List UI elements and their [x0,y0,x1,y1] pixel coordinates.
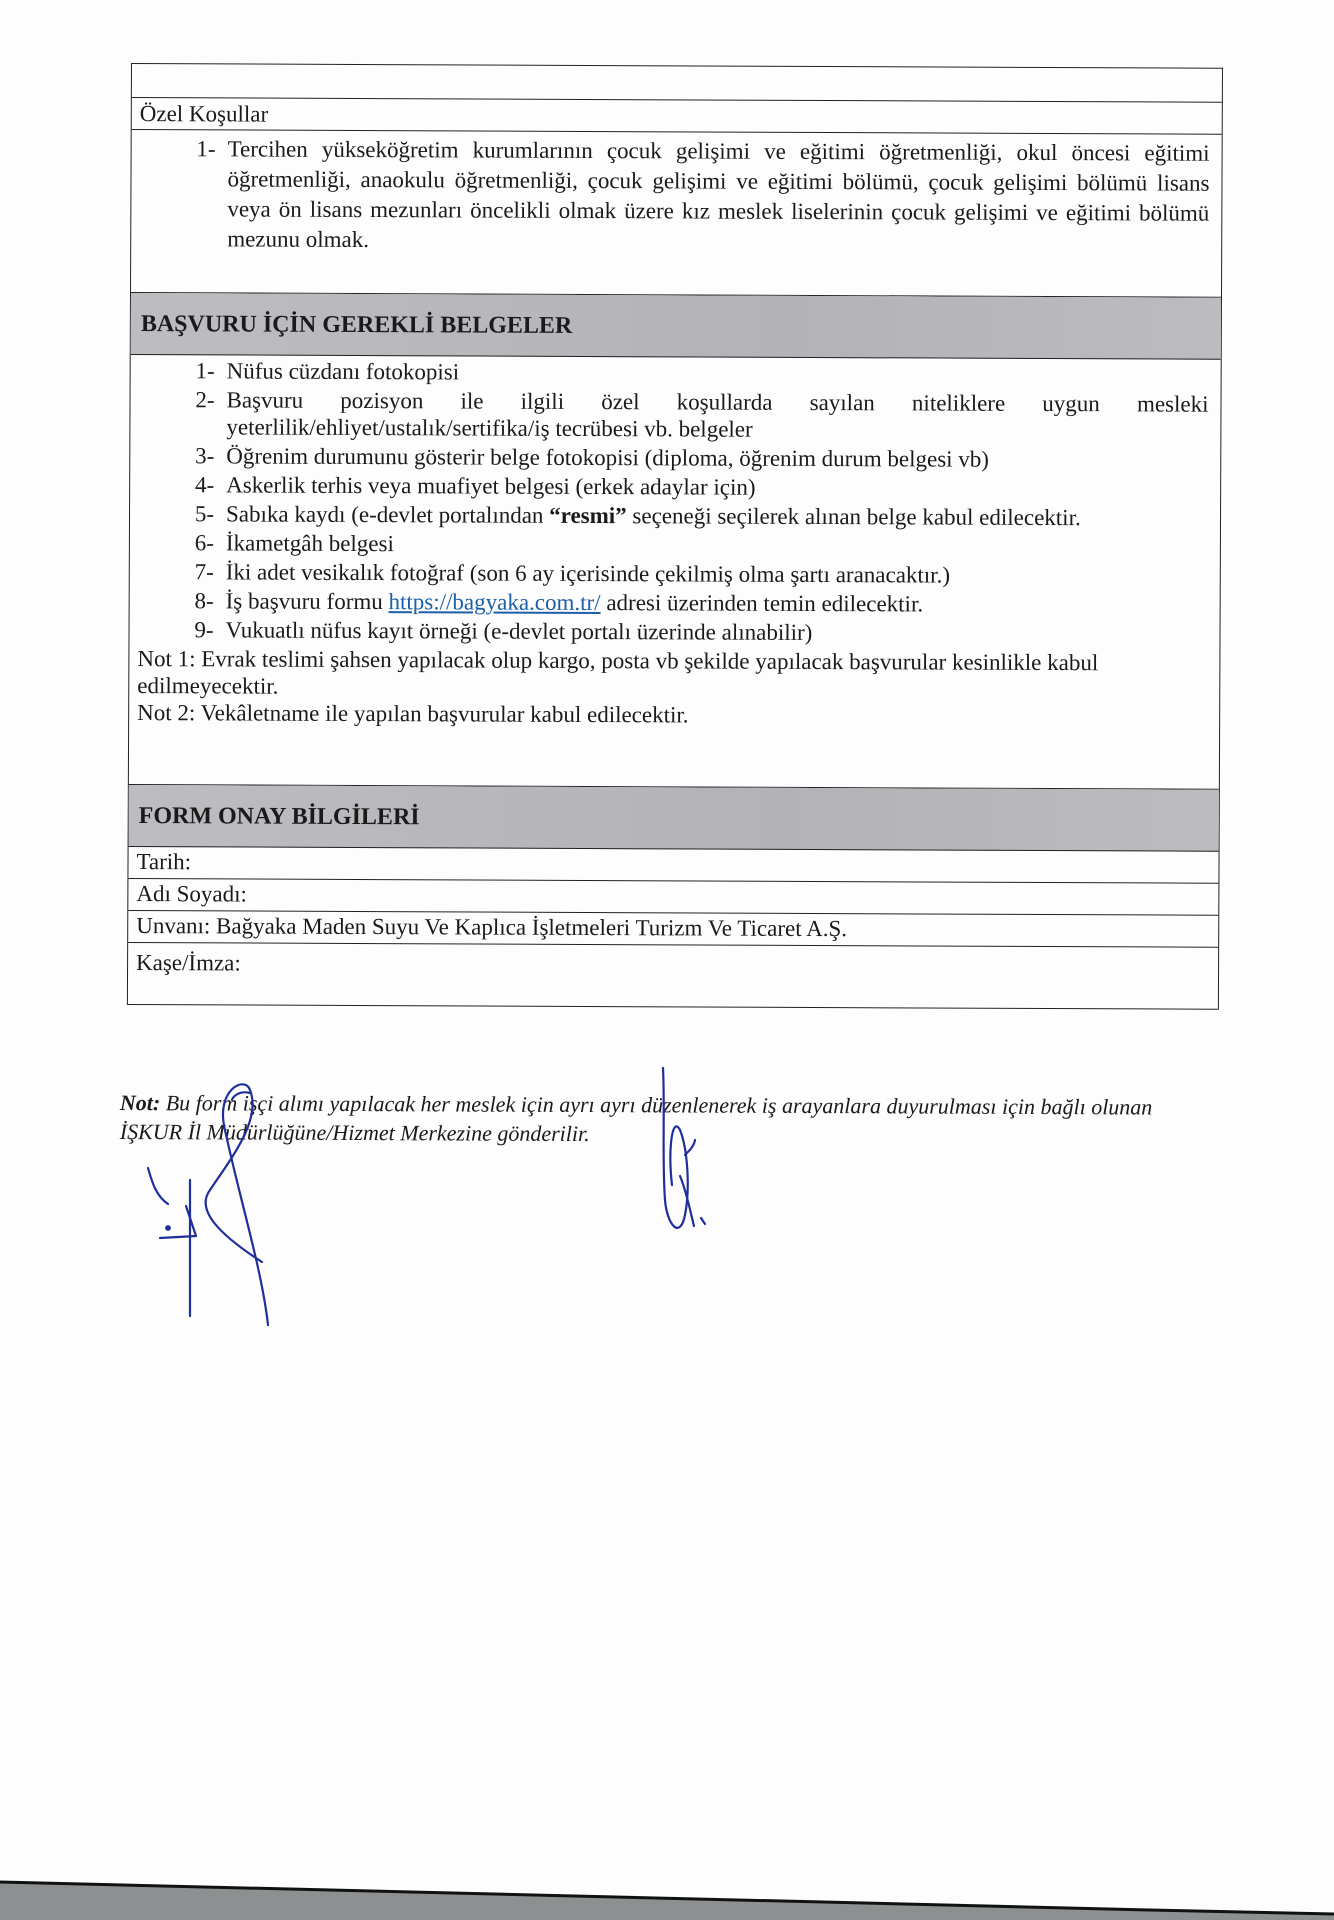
note-1: Not 1: Evrak teslimi şahsen yapılacak ol… [137,645,1207,704]
item-text: Askerlik terhis veya muafiyet belgesi (e… [224,471,1208,502]
signature-1-icon [148,1168,168,1204]
footer-note-prefix: Not: [120,1090,160,1115]
stamp-signature-field: Kaşe/İmza: [128,943,1218,1010]
document-item: 1- Nüfus cüzdanı fotokopisi [139,357,1209,389]
item-text: Tercihen yükseköğretim kurumlarının çocu… [225,134,1210,258]
item-text: Vukuatlı nüfus kayıt örneği (e-devlet po… [223,616,1207,647]
name-field: Adı Soyadı: [128,879,1218,916]
form-approval-heading: FORM ONAY BİLGİLERİ [129,785,1219,852]
note-2: Not 2: Vekâletname ile yapılan başvurula… [137,699,1207,731]
special-conditions-list: 1- Tercihen yükseköğretim kurumlarının ç… [131,130,1222,298]
item-number: 1- [173,357,225,384]
document-item: 7- İki adet vesikalık fotoğraf (son 6 ay… [138,558,1208,590]
required-documents-heading: BAŞVURU İÇİN GEREKLİ BELGELER [131,293,1221,360]
document-item: 2- Başvuru pozisyon ile ilgili özel koşu… [138,386,1208,445]
document-item: 6- İkametgâh belgesi [138,529,1208,561]
item-text: İki adet vesikalık fotoğraf (son 6 ay iç… [224,558,1208,589]
item-number: 1- [173,134,226,254]
document-item: 4- Askerlik terhis veya muafiyet belgesi… [138,471,1208,503]
item-text-part: İş başvuru formu [226,588,389,614]
item-number: 4- [172,471,224,498]
scanned-page: Özel Koşullar 1- Tercihen yükseköğretim … [0,0,1334,1920]
document-item: 3- Öğrenim durumunu gösterir belge fotok… [138,442,1208,474]
item-text-part: adresi üzerinden temin edilecektir. [601,590,924,616]
footer-note: Not: Bu form işçi alımı yapılacak her me… [120,1088,1220,1151]
website-link[interactable]: https://bagyaka.com.tr/ [388,589,600,615]
item-text: Öğrenim durumunu gösterir belge fotokopi… [224,442,1208,473]
required-documents-list: 1- Nüfus cüzdanı fotokopisi 2- Başvuru p… [129,355,1221,790]
item-number: 2- [172,386,224,440]
scanner-edge [0,1870,1334,1920]
form-table: Özel Koşullar 1- Tercihen yükseköğretim … [127,63,1223,1010]
item-number: 9- [171,616,223,643]
item-text: Nüfus cüzdanı fotokopisi [225,357,1209,388]
document-item: 8- İş başvuru formu https://bagyaka.com.… [138,587,1208,619]
document-item: 5- Sabıka kaydı (e-devlet portalından “r… [138,500,1208,532]
item-text-part: seçeneği seçilerek alınan belge kabul ed… [627,503,1081,530]
condition-item: 1- Tercihen yükseköğretim kurumlarının ç… [139,134,1210,259]
item-number: 7- [172,558,224,585]
special-conditions-label: Özel Koşullar [132,98,1222,135]
item-text: Başvuru pozisyon ile ilgili özel koşulla… [224,386,1208,444]
item-number: 6- [172,529,224,556]
item-number: 3- [172,442,224,469]
item-number: 5- [172,500,224,527]
item-text: Sabıka kaydı (e-devlet portalından “resm… [224,500,1208,531]
item-text: İş başvuru formu https://bagyaka.com.tr/… [224,587,1208,618]
footer-note-text: Bu form işçi alımı yapılacak her meslek … [120,1090,1153,1146]
date-field: Tarih: [128,847,1218,884]
item-number: 8- [172,587,224,614]
title-field: Unvanı: Bağyaka Maden Suyu Ve Kaplıca İş… [128,911,1218,948]
emphasis-text: “resmi” [549,503,627,528]
empty-row [132,64,1222,103]
item-text-part: Sabıka kaydı (e-devlet portalından [226,501,549,527]
document-item: 9- Vukuatlı nüfus kayıt örneği (e-devlet… [137,616,1207,648]
item-text: İkametgâh belgesi [224,529,1208,560]
